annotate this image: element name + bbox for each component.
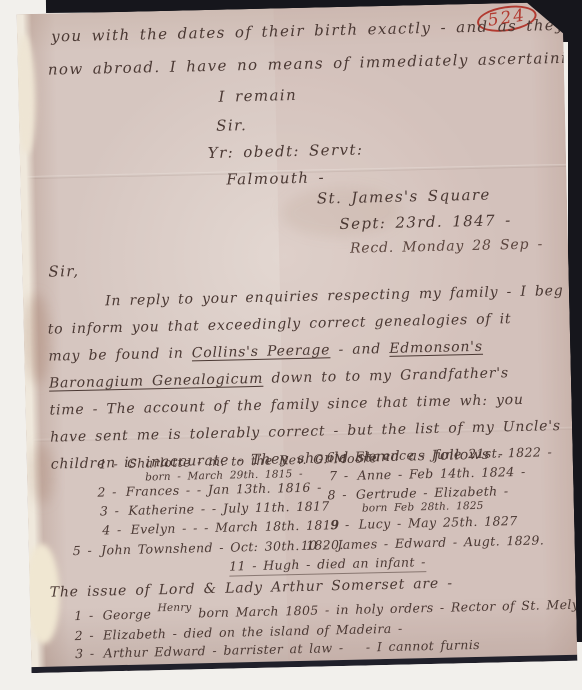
item-text-cutoff: - I cannot furnis [366,637,480,655]
child-number: 7 - [329,468,349,483]
child-number: 10 - [301,537,329,553]
book-title-collins: Collins's Peerage [192,342,331,361]
closing-remain: I remain [218,86,297,106]
child-number: 4 - [102,522,122,537]
child-number: 8 - [327,487,347,502]
closing-place: Falmouth - [226,168,325,188]
letter-page: 524 you with the dates of their birth ex… [17,2,578,673]
closing-sir: Sir. [216,116,247,135]
inserted-word: Henry [157,601,191,614]
closing-signoff: Yr: obedt: Servt: [208,140,364,162]
book-title-baronagium: Baronagium Genealogicum [49,371,264,392]
item-text: George [102,606,157,622]
author-edmonson: Edmonson's [389,339,483,357]
child-number: 6 - [327,449,347,464]
child-number: 2 - [97,484,117,499]
item-number: 1 - [74,608,94,623]
child-number: 1 - [99,456,119,471]
letter-scan: 524 you with the dates of their birth ex… [0,0,582,690]
child-number: 3 - [100,503,120,518]
body-text: - and [330,341,389,358]
body-text: may be found in [48,345,192,364]
child-number: 9 - [330,517,350,532]
item-number: 3 - [75,646,95,661]
item-number: 2 - [75,628,95,643]
child-number: 5 - [73,543,93,558]
salutation: Sir, [48,262,79,281]
body-text: down to to my Grandfather's [263,365,509,387]
